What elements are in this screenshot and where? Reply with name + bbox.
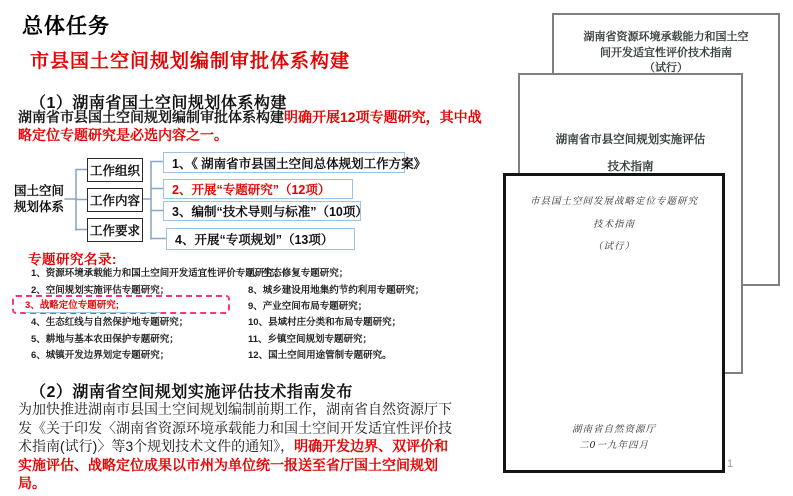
branch-label: 工作组织 — [90, 161, 140, 179]
catalog-item: 9、产业空间布局专题研究； — [248, 297, 448, 313]
document-title-line: 湖南省资源环境承载能力和国土空 — [568, 29, 764, 45]
document-title-line: 技术指南 — [506, 216, 722, 230]
diagram-item-label: 4、开展“专项规划”（13项） — [175, 230, 333, 248]
document-cover-strategic-positioning-guide: 市县国土空间发展战略定位专题研究 技术指南 （试行） 湖南省自然资源厅 二0一九… — [503, 173, 725, 473]
document-title-line: 技术指南 — [520, 158, 741, 174]
catalog-item: 8、城乡建设用地集约节约利用专题研究； — [248, 280, 448, 296]
section1-paragraph: 湖南省市县国土空间规划编制审批体系构建明确开展12项专题研究，其中战略定位专题研… — [18, 109, 483, 144]
page-title: 总体任务 — [22, 10, 110, 40]
catalog-item: 5、耕地与基本农田保护专题研究； — [31, 330, 246, 346]
diagram-root-line1: 国土空间 — [10, 183, 68, 199]
branch-box-work-content: 工作内容 — [87, 188, 143, 212]
page-number: 1 — [727, 458, 733, 470]
document-title-line: 市县国土空间发展战略定位专题研究 — [506, 193, 722, 207]
diagram-item-1: 1、《 湖南省市县国土空间总体规划工作方案》 — [163, 152, 405, 173]
document-title-line: 间开发适宜性评价技术指南 — [568, 45, 764, 61]
section1-paragraph-black: 湖南省市县国土空间规划编制审批体系构建 — [18, 109, 284, 125]
diagram-item-label: 1、《 湖南省市县国土空间总体规划工作方案》 — [172, 154, 426, 172]
document-title: 湖南省资源环境承载能力和国土空 间开发适宜性评价技术指南 （试行） — [554, 29, 778, 76]
diagram-root-label: 国土空间 规划体系 — [10, 183, 68, 215]
catalog-item: 12、国土空间用途管制专题研究。 — [248, 346, 448, 362]
document-title-line: 湖南省市县空间规划实施评估 — [520, 131, 741, 147]
catalog-item: 4、生态红线与自然保护地专题研究； — [31, 313, 246, 329]
catalog-item-highlighted-text: 3、战略定位专题研究; — [25, 297, 161, 313]
branch-box-work-organization: 工作组织 — [87, 158, 143, 182]
diagram-root-line2: 规划体系 — [10, 199, 68, 215]
document-footer-publisher: 湖南省自然资源厅 — [506, 421, 722, 435]
catalog-item: 10、县域村庄分类和布局专题研究； — [248, 313, 448, 329]
document-footer-date: 二0一九年四月 — [506, 437, 722, 451]
catalog-item-strategic-positioning-highlighted: 3、战略定位专题研究; — [12, 295, 230, 314]
diagram-item-4: 4、开展“专项规划”（13项） — [166, 228, 355, 250]
diagram-item-2-highlighted: 2、开展“专题研究”（12项） — [163, 179, 353, 199]
branch-label: 工作要求 — [90, 221, 140, 239]
slide: 总体任务 市县国土空间规划编制审批体系构建 （1）湖南省国土空间规划体系构建 湖… — [0, 0, 793, 496]
catalog-item: 11、乡镇空间规划专题研究； — [248, 330, 448, 346]
diagram-item-3: 3、编制“技术导则与标准”（10项） — [163, 201, 361, 221]
branch-label: 工作内容 — [90, 191, 140, 209]
section2-heading: （2）湖南省空间规划实施评估技术指南发布 — [30, 379, 353, 402]
section2-paragraph: 为加快推进湖南市县国土空间规划编制前期工作，湖南省自然资源厅下发《关于印发〈湖南… — [18, 400, 460, 493]
catalog-item: 7、生态修复专题研究； — [248, 264, 448, 280]
catalog-item: 6、城镇开发边界划定专题研究； — [31, 346, 246, 362]
diagram-item-label: 2、开展“专题研究”（12项） — [172, 180, 330, 198]
diagram-item-label: 3、编制“技术导则与标准”（10项） — [172, 202, 368, 220]
subtitle: 市县国土空间规划编制审批体系构建 — [30, 46, 350, 73]
branch-box-work-requirement: 工作要求 — [87, 218, 143, 242]
document-title-line: （试行） — [506, 238, 722, 252]
catalog-column-right: 7、生态修复专题研究； 8、城乡建设用地集约节约利用专题研究； 9、产业空间布局… — [248, 264, 448, 362]
catalog-item: 1、资源环境承载能力和国土空间开发适宜性评价专题研究； — [31, 264, 246, 280]
